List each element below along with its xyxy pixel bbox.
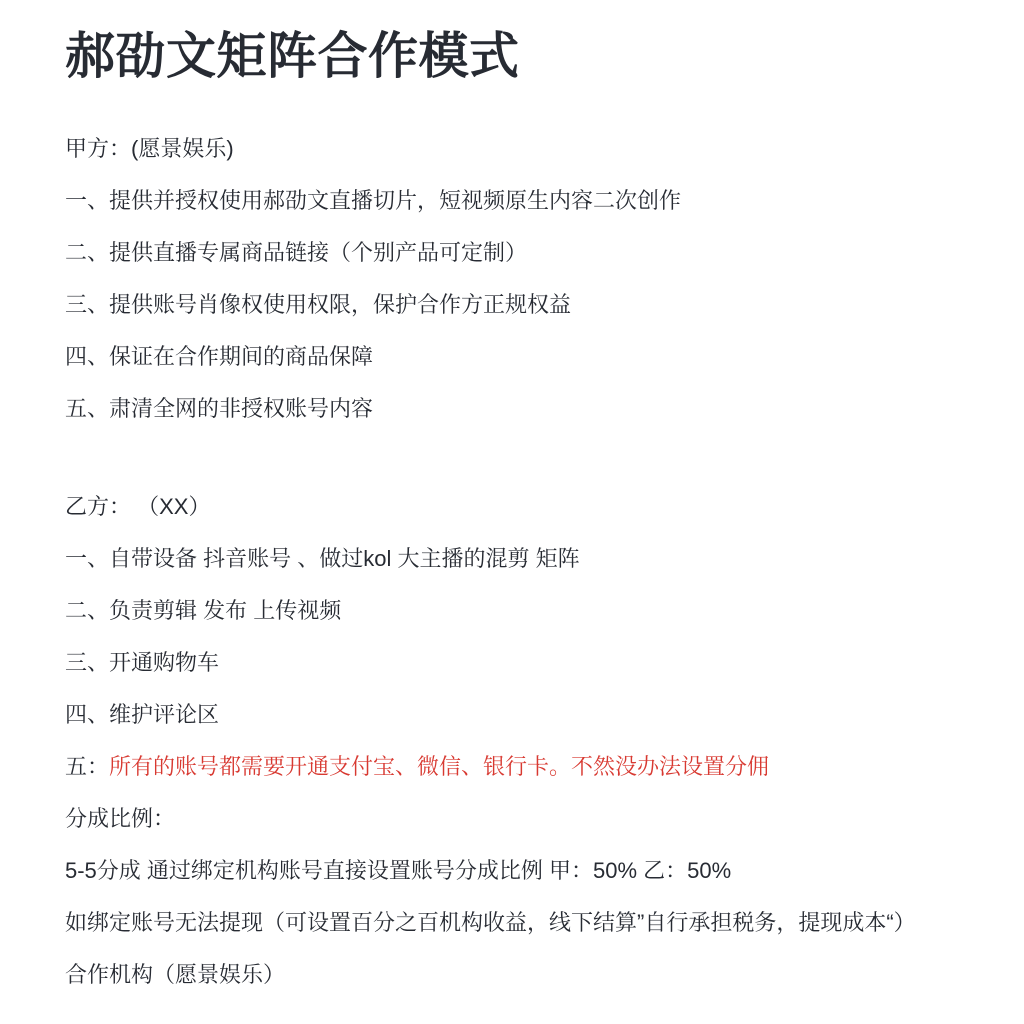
party-b-item-5-number: 五：	[65, 754, 109, 779]
document-page: 郝劭文矩阵合作模式 甲方：(愿景娱乐) 一、提供并授权使用郝劭文直播切片，短视频…	[0, 0, 1024, 991]
party-b-item-5-highlighted-text: 所有的账号都需要开通支付宝、微信、银行卡。不然没办法设置分佣	[109, 754, 769, 779]
revenue-agency-line: 合作机构（愿景娱乐）	[65, 958, 969, 991]
revenue-heading: 分成比例：	[65, 802, 969, 835]
party-a-item-2: 二、提供直播专属商品链接（个别产品可定制）	[65, 236, 969, 269]
party-b-heading: 乙方： （XX）	[65, 490, 969, 523]
party-a-item-4: 四、保证在合作期间的商品保障	[65, 340, 969, 373]
party-a-heading: 甲方：(愿景娱乐)	[65, 132, 969, 165]
party-b-item-1: 一、自带设备 抖音账号 、做过kol 大主播的混剪 矩阵	[65, 542, 969, 575]
revenue-withdraw-line: 如绑定账号无法提现（可设置百分之百机构收益，线下结算”自行承担税务，提现成本“）	[65, 906, 969, 939]
party-a-item-3: 三、提供账号肖像权使用权限，保护合作方正规权益	[65, 288, 969, 321]
blank-line	[65, 444, 969, 490]
party-a-item-5: 五、肃清全网的非授权账号内容	[65, 392, 969, 425]
party-b-item-3: 三、开通购物车	[65, 646, 969, 679]
party-b-item-5: 五：所有的账号都需要开通支付宝、微信、银行卡。不然没办法设置分佣	[65, 750, 969, 783]
page-title: 郝劭文矩阵合作模式	[65, 27, 969, 85]
revenue-split-line: 5-5分成 通过绑定机构账号直接设置账号分成比例 甲：50% 乙：50%	[65, 854, 969, 887]
party-a-item-1: 一、提供并授权使用郝劭文直播切片，短视频原生内容二次创作	[65, 184, 969, 217]
party-b-item-4: 四、维护评论区	[65, 698, 969, 731]
party-b-item-2: 二、负责剪辑 发布 上传视频	[65, 594, 969, 627]
